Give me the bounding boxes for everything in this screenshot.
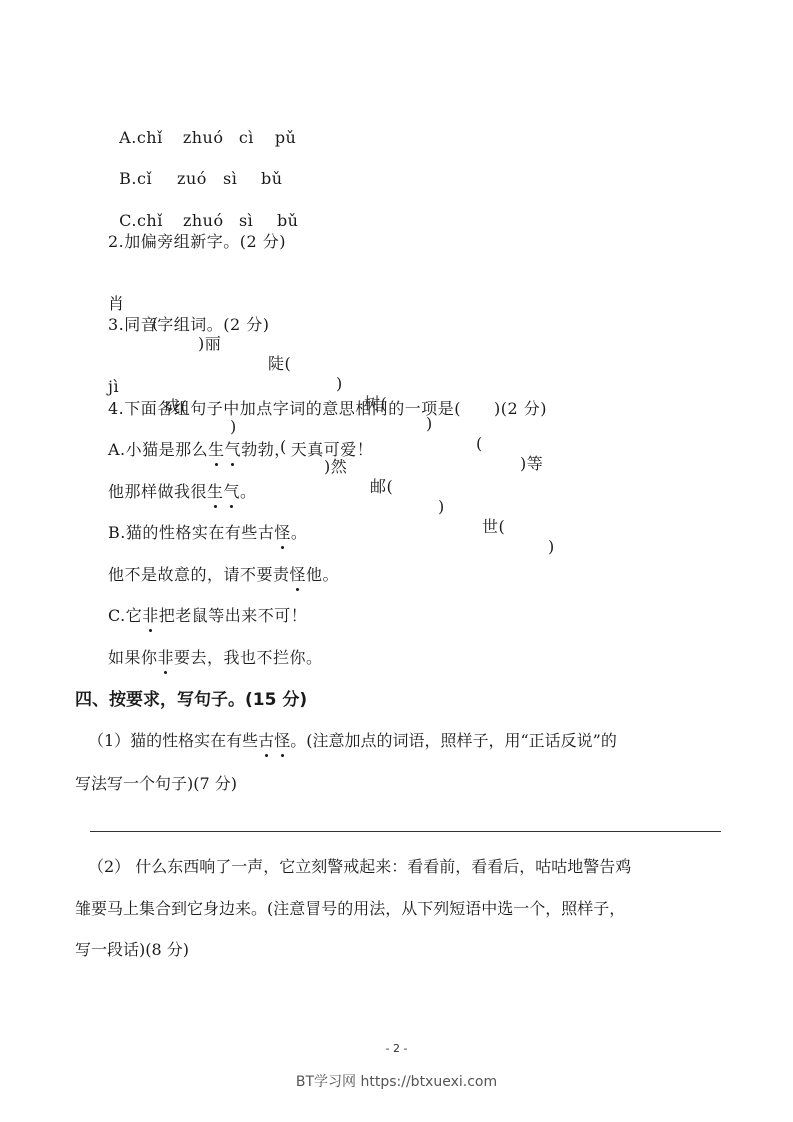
text: C.它	[108, 606, 142, 625]
task-1-line-1: （1）猫的性格实在有些古怪。(注意加点的词语，照样子，用“正话反说”的	[88, 731, 738, 751]
question-3-items: jì 成( ) ( )然 邮( ) 世( )	[108, 357, 608, 377]
text: 他不是故意的，请不要责	[108, 565, 290, 584]
text: 。	[291, 523, 308, 542]
option-a: A.chǐzhuócìpǔ	[108, 108, 296, 148]
task-2-line-2: 雏要马上集合到它身边来。(注意冒号的用法，从下列短语中选一个，照样子，	[75, 899, 725, 919]
syllable: sì	[239, 211, 277, 231]
blank-close: )	[336, 374, 343, 394]
blank-open: 世(	[482, 517, 505, 537]
option-b-sentence-1: B.猫的性格实在有些古怪。	[108, 523, 307, 543]
option-c-sentence-1: C.它非把老鼠等出来不可！	[108, 606, 307, 626]
char: 肖	[108, 294, 125, 314]
blank-open: (	[476, 434, 483, 454]
option-label: C.	[119, 211, 137, 231]
dotted-char: 生	[207, 482, 224, 502]
answer-line[interactable]	[90, 831, 721, 832]
text: 。(注意加点的词语，照样子，用“正话反说”的	[290, 731, 617, 750]
option-b: B.cǐzuósìbǔ	[108, 149, 283, 189]
dotted-char: 怪	[290, 565, 307, 585]
dotted-char: 古	[258, 731, 274, 751]
blank-close: )	[438, 497, 445, 517]
question-2-items: 肖 ( )丽 陡( ) 树( ) ( )等	[108, 274, 608, 294]
text: 他。	[306, 565, 339, 584]
option-b-sentence-2: 他不是故意的，请不要责怪他。	[108, 565, 339, 585]
option-c: C.chǐzhuósìbǔ	[108, 191, 298, 231]
task-2-line-3: 写一段话)(8 分)	[75, 940, 725, 960]
syllable: pǔ	[275, 128, 297, 148]
syllable: cǐ	[137, 169, 177, 189]
option-a-sentence-2: 他那样做我很生气。	[108, 482, 257, 502]
text: 如果你	[108, 648, 158, 667]
option-label: A.	[119, 128, 137, 148]
dotted-char: 怪	[274, 523, 291, 543]
option-label: B.	[119, 169, 137, 189]
pinyin: jì	[108, 377, 119, 397]
text: 要去，我也不拦你。	[174, 648, 323, 667]
text: A.小猫是那么	[108, 440, 208, 459]
syllable: bǔ	[277, 211, 299, 231]
dotted-char: 非	[158, 648, 175, 668]
syllable: chǐ	[137, 128, 183, 148]
dotted-char: 气	[225, 440, 242, 460]
dotted-char: 非	[142, 606, 159, 626]
syllable: chǐ	[137, 211, 183, 231]
footer-watermark: BT学习网 https://btxuexi.com	[0, 1071, 793, 1091]
text: 。	[240, 482, 257, 501]
question-3-title: 3.同音字组词。(2 分)	[108, 315, 270, 335]
syllable: zhuó	[183, 211, 239, 231]
syllable: cì	[239, 128, 275, 148]
option-c-sentence-2: 如果你非要去，我也不拦你。	[108, 648, 323, 668]
text: 把老鼠等出来不可！	[159, 606, 308, 625]
blank-close: )	[548, 537, 555, 557]
dotted-char: 气	[224, 482, 241, 502]
blank-close: )然	[324, 457, 347, 477]
task-2-line-1: （2） 什么东西响了一声，它立刻警戒起来：看看前，看看后，咕咕地警告鸡	[88, 857, 738, 877]
syllable: sì	[223, 169, 261, 189]
blank-close: )	[230, 417, 237, 437]
syllable: zuó	[177, 169, 223, 189]
task-1-line-2: 写法写一个句子)(7 分)	[75, 774, 725, 794]
dotted-char: 生	[208, 440, 225, 460]
question-2-title: 2.加偏旁组新字。(2 分)	[108, 232, 286, 252]
text: B.猫的性格实在有些古	[108, 523, 274, 542]
blank-close: )丽	[198, 334, 221, 354]
blank-open: 邮(	[370, 477, 393, 497]
syllable: zhuó	[183, 128, 239, 148]
question-4-title: 4.下面各组句子中加点字词的意思相同的一项是( )(2 分)	[108, 399, 547, 419]
text: （1）猫的性格实在有些	[88, 731, 258, 750]
text: 勃勃，天真可爱！	[241, 440, 373, 459]
text: 他那样做我很	[108, 482, 207, 501]
option-a-sentence-1: A.小猫是那么生气勃勃，天真可爱！	[108, 440, 373, 460]
blank-close: )等	[520, 454, 543, 474]
section-heading: 四、按要求，写句子。(15 分)	[75, 690, 307, 710]
dotted-char: 怪	[274, 731, 290, 751]
syllable: bǔ	[261, 169, 283, 189]
page-number: - 2 -	[0, 1042, 793, 1055]
